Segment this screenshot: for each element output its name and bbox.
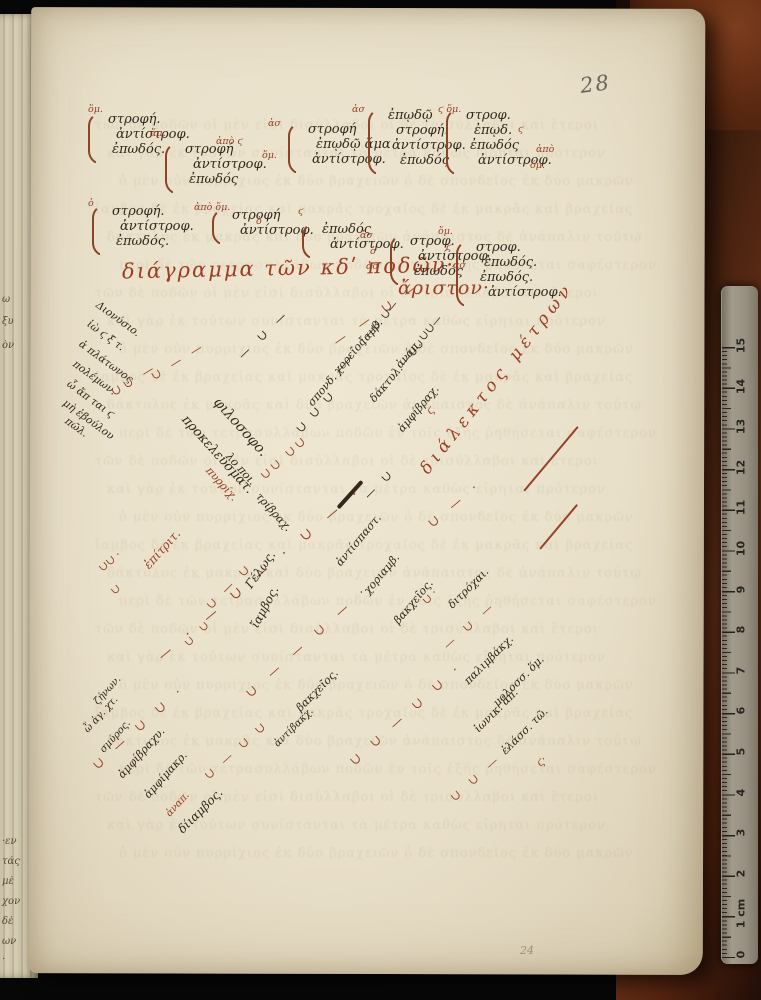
bracket-glyph [288,122,303,175]
bracket-glyph [92,204,107,257]
ruler-number: 13 [735,412,748,442]
rubric-mark: ὅμ. [88,104,103,115]
schema-line: ἀντίστροφ. [120,219,194,234]
schema-line: στροφ. [466,108,552,123]
rubric-mark: ἀσ [453,260,466,271]
ruler-number: 0 [735,940,748,970]
rubric-mark: ὁ [88,198,94,209]
bracket-glyph [88,112,103,165]
ruler-number: 9 [735,574,748,604]
bleedthrough-line: ἴαμβος δὲ ἐκ βραχείας καὶ μακρᾶς τροχαῖο… [95,370,655,385]
ruler-number: 8 [735,615,748,645]
schema-line: ἐπωδός. [480,270,562,285]
schema-line: στροφή. [112,204,194,219]
rubric-mark: ϛ [446,242,451,253]
schema-group: στροφήἀντίστροφ.ἐπωδός [165,142,267,195]
rubric-mark: ὅμ. [262,150,277,161]
schema-group: ἐπωδόςἀντίστροφ. [302,222,404,260]
rubric-mark: ἀσ [360,230,373,241]
ruler-number: 3 [735,818,748,848]
footer-mark: 24 [520,944,534,957]
ruler-number: 5 [735,737,748,767]
rubric-mark: ἀσ [352,104,365,115]
rubric-mark: ἅμ. [150,128,166,139]
rubric-mark: ἀπὸ ϛ [216,136,243,147]
bleedthrough-line: δάκτυλος ἐκ μακρᾶς καὶ δύο βραχειῶν ἀνάπ… [107,398,667,413]
ruler-number: 6 [735,696,748,726]
bleedthrough-line: ὁ μὲν οὖν πυρρίχιος ἐκ δύο βραχειῶν ὁ δὲ… [119,678,679,693]
schema-line: ἐπωδός. [116,234,194,249]
bracket-glyph [302,222,317,260]
rubric-mark: ϛ [298,206,303,217]
schema-line: ἐπωδός [189,172,267,187]
rubric-mark: ἀπὸ ὅμ. [194,202,230,213]
ruler-number: 4 [735,777,748,807]
rubric-mark: ἀσ [366,261,379,272]
ruler-number: 12 [735,452,748,482]
ruler-number: 11 [735,493,748,523]
bleedthrough-line: ὁ μὲν οὖν πυρρίχιος ἐκ δύο βραχειῶν ὁ δὲ… [119,510,679,525]
ruler-number: 1 cm [735,899,748,929]
rubric-mark: ὅμ. [438,226,453,237]
rubric-mark: ϛ ὅμ. [438,104,461,115]
bracket-glyph [390,234,405,287]
rubric-mark: ϛ [518,124,523,135]
page-content: 28 διάγραμμα τῶν κδʹ ποδῶν· ἄριστον· 24 … [0,0,761,1000]
bracket-glyph [456,240,471,308]
manuscript-photo: ωξυὸν·εντάςμὲχονδὲων· 28 διάγραμμα τῶν κ… [0,0,761,1000]
bleedthrough-line: καὶ γὰρ ἐκ τούτων συνίστανται τὰ μέτρα κ… [107,650,667,665]
ruler-number: 15 [735,331,748,361]
ruler-number: 10 [735,534,748,564]
ruler-number: 2 [735,858,748,888]
rubric-mark: ὁ [370,246,376,257]
rubric-mark: ὅμ. [530,160,545,171]
schema-line: ἐπῳδ. [474,123,552,138]
schema-line: ἐπωδός. [484,255,562,270]
schema-line: στροφή. [108,112,190,127]
bleedthrough-line: ὁ μὲν οὖν πυρρίχιος ἐκ δύο βραχειῶν ὁ δὲ… [119,846,679,861]
schema-line: ἀντίστροφ. [193,157,267,172]
ruler-number: 7 [735,655,748,685]
bracket-glyph [212,208,227,246]
folio-number: 28 [579,70,612,98]
bleedthrough-line: ἴαμβος δὲ ἐκ βραχείας καὶ μακρᾶς τροχαῖο… [95,706,655,721]
rubric-mark: ἀσ [268,118,281,129]
ruler-ticks-cm [722,347,735,958]
schema-line: στροφ. [476,240,562,255]
bracket-glyph [368,108,383,176]
ruler-number: 14 [735,371,748,401]
bracket-glyph [446,108,461,176]
schema-group: στροφή.ἀντίστροφ.ἐπωδός. [92,204,194,257]
bracket-glyph [165,142,180,195]
rubric-mark: ὁ [256,216,262,227]
bleedthrough-line: τῶν δὲ ποδῶν οἱ μὲν εἰσὶ δισύλλαβοι οἱ δ… [95,454,655,469]
rubric-mark: ἀπὸ [536,144,554,155]
